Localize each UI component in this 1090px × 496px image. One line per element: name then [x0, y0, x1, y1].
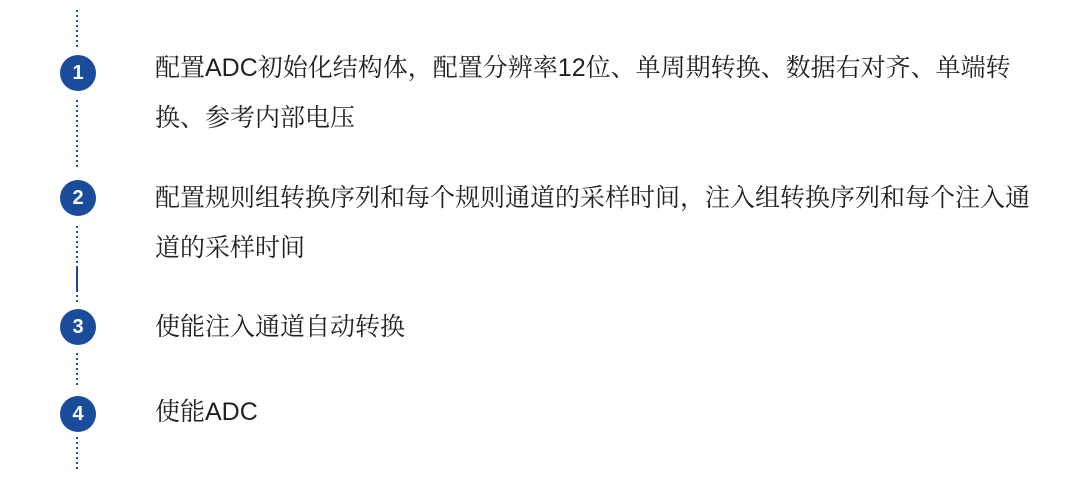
step-2-line-2: 道的采样时间 — [155, 223, 1070, 273]
step-2-number-badge: 2 — [60, 180, 96, 216]
step-1-text: 配置ADC初始化结构体，配置分辨率12位、单周期转换、数据右对齐、单端转 换、参… — [155, 43, 1070, 143]
step-3-text: 使能注入通道自动转换 — [155, 302, 1070, 352]
adc-config-steps-diagram: 1 配置ADC初始化结构体，配置分辨率12位、单周期转换、数据右对齐、单端转 换… — [0, 0, 1090, 496]
step-3-number-badge: 3 — [60, 309, 96, 345]
timeline-connector-dotted — [76, 10, 78, 48]
timeline-connector-solid — [76, 268, 78, 290]
timeline-connector-dotted — [76, 437, 78, 470]
step-2-text: 配置规则组转换序列和每个规则通道的采样时间，注入组转换序列和每个注入通 道的采样… — [155, 173, 1070, 273]
timeline-connector-dotted — [76, 353, 78, 388]
step-1-line-2: 换、参考内部电压 — [155, 93, 1070, 143]
step-4-number-badge: 4 — [60, 396, 96, 432]
timeline-connector-dotted — [76, 226, 78, 268]
step-2-line-1: 配置规则组转换序列和每个规则通道的采样时间，注入组转换序列和每个注入通 — [155, 173, 1070, 223]
step-4-text: 使能ADC — [155, 387, 1070, 437]
step-3-line-1: 使能注入通道自动转换 — [155, 302, 1070, 352]
step-4-line-1: 使能ADC — [155, 387, 1070, 437]
timeline-connector-dotted — [76, 100, 78, 168]
step-1-line-1: 配置ADC初始化结构体，配置分辨率12位、单周期转换、数据右对齐、单端转 — [155, 43, 1070, 93]
timeline-connector-dotted — [76, 290, 78, 302]
step-1-number-badge: 1 — [60, 55, 96, 91]
